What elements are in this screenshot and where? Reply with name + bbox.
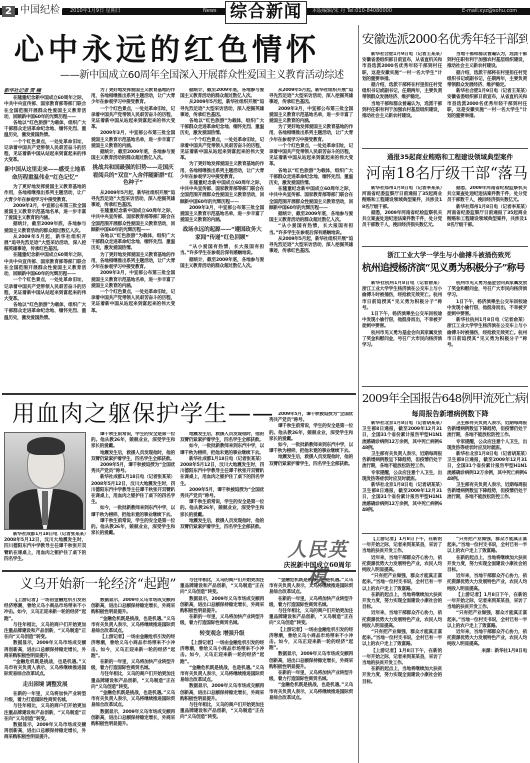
paragraph: 【上游记者】1月8日下午，在新的一年开始之际，记者来到某某县，采访了当地的扶贫开… [447,593,527,612]
paragraph: 一个个红色景点，一处处革命旧址，记录着中国共产党带领人民艰苦奋斗的历程，见证着新… [180,138,264,163]
paragraph: 据统计，截至2009年底，各地参与爱国主义教育活动的群众超过数亿人次。 [180,88,264,100]
paragraph: 各地以“红色旅游”为载体，组织广大干部群众走进革命纪念地、缅怀先烈、重温历史，激… [91,234,175,253]
lead-column-2: 为了更好地发挥爱国主义教育基地的作用，各地相继推出系列主题活动，让广大青少年在参… [91,88,175,390]
paragraph: 2009年5月，谭千秋被追授为“全国优秀共产党员”称号。 [180,488,264,500]
paragraph: 2009年5月，谭千秋被追授为“全国优秀共产党员”称号。 [269,412,353,424]
paragraph: 据悉，2009年河南省纪检监察机关共立案查处违纪违法案件数千件，处分党员干部数千… [362,211,442,230]
paragraph: 据悉，2009年河南省纪检监察机关共立案查处违纪违法案件数千件，处分党员干部数千… [447,186,527,205]
yiwu-subhead: 走出困境 调整发展 [4,682,86,689]
yiwu-subhead: 转变观念 增强升级 [180,631,264,638]
paragraph: “从小爱国有热情，长大报国有担当。”许多学生在参观后深有感触地说。 [269,224,353,236]
paragraph: 一个个红色景点，一处处革命旧址，记录着中国共产党带领人民艰苦奋斗的历程，见证着新… [269,144,353,169]
paragraph: 据统计，截至2009年底，各地参与爱国主义教育活动的群众超过数亿人次。 [91,150,175,162]
paragraph: 据介绍，选派干部将在村里担任村党组织书记或副书记，任期两年，主要负责带领群众发展… [447,71,527,90]
paragraph: 新华社成都1月18日电（记者张某某）2008年5月12日，汶川大地震发生时，四川… [4,532,86,563]
divider [2,393,356,395]
paragraph: 如今，一批批新教师来到东汽中学，以谭千秋为榜样，把他未竟的事业继续下去。 [91,506,175,518]
paragraph: 数据显示，2009年义乌市场成交额再创新高，进出口总额保持稳定增长，外商采购积极… [180,597,264,616]
paragraph: 卫生部有关负责人表示，近期每周报告新增病例数呈下降趋势，但疫情仍处于流行期，各地… [362,452,442,471]
paragraph: “从小爱国有热情，长大报国有担当。”许多学生在参观后深有感触地说。 [180,245,264,257]
paragraph: 为了更好地发挥爱国主义教育基地的作用，各地相继推出系列主题活动，让广大青少年在参… [91,88,175,107]
paragraph: 数据显示，2009年义乌市场成交额再创新高，进出口总额保持稳定增长，外商采购积极… [269,652,353,671]
paragraph: 从2009年5月起，新华社组织开展“追寻先烈足迹”大型采访活动，深入挖掘英雄事迹… [4,235,86,254]
anhui-headline: 安徽选派2000名优秀年轻干部到村任职 [362,31,528,48]
paragraph: 为了更好地发挥爱国主义教育基地的作用，各地相继推出系列主题活动，让广大青少年在参… [180,162,264,181]
paragraph: 一个个红色景点，一处处革命旧址，记录着中国共产党带领人民艰苦奋斗的历程，见证着新… [91,290,175,315]
paragraph: 如今，一批批新教师来到东汽中学，以谭千秋为榜样，把他未竟的事业继续下去。 [180,444,264,456]
paragraph: 地震发生后，救援人员发现他时，他的双臂仍紧紧护着学生，四名学生全部获救。 [91,451,175,463]
paragraph: 与往年相比，义乌的商户们开始更加注重品牌建设和产品创新，“义乌制造”正在向“义乌… [180,578,264,597]
paragraph: 杭州市见义勇为基金会向其家属发放了奖金和慰问金，号召广大市民向杨济滨学习。 [362,331,442,350]
paragraph: 地震发生后，救援人员发现他时，他的双臂仍紧紧护着学生，四名学生全部获救。 [180,519,264,531]
paragraph: 来源：新华社1月8日电 [447,649,527,655]
section-title: 综合新闻 [225,1,307,24]
lead-subhead: 挑战共和国最强的旧势——走国庆看阅兵的“双宣”入舍伴随新群“红色种子” [91,165,175,187]
anhui-column-2: 当地干部和群众普遍认为，选派干部到村任职有利于加强农村基层组织建设，推动社会主义… [447,52,527,142]
paragraph: “金融危机既是挑战，也是机遇。”义乌市有关负责人表示，义乌将继续推进国际贸易综合… [269,578,353,597]
paragraph: 近年来，当地干部群众齐心协力，依托资源优势大力发展特色产业，农民人均纯收入明显提… [447,574,527,593]
paragraph: 一个个红色景点，一处处革命旧址，记录着中国共产党带领人民艰苦奋斗的历程，见证着新… [91,107,175,132]
paragraph: 据统计，截至2009年底，各地参与爱国主义教育活动的群众超过数亿人次。 [4,222,86,234]
paragraph: 新华社合肥1月9日电（记者王某某）安徽省委组织部日前宣布，从省直机关和市县选派2… [447,89,527,120]
h1n1-column-1: 新华社北京1月8日电（记者胡某某）卫生部8日通报，截至2009年12月31日，全… [362,421,442,529]
paragraph: 在新的一年里，义乌将加快产业转型升级，着力打造国际性商贸名城。 [4,692,86,704]
paragraph: 2009年3月，中宣部公布第三批全国爱国主义教育示范基地名单，进一步丰富了爱国主… [4,204,86,223]
column-divider [358,25,359,763]
paragraph: “金融危机既是挑战，也是机遇。”义乌市有关负责人表示，义乌将继续推进国际贸易综合… [4,660,86,679]
paragraph: “金融危机既是挑战，也是机遇。”义乌市有关负责人表示，义乌将继续推进国际贸易综合… [180,666,264,685]
paragraph: 数据显示，2009年义乌市场成交额再创新高，进出口总额保持稳定增长，外商采购积极… [91,598,175,617]
paragraph: 2009年3月，中宣部公布第三批全国爱国主义教育示范基地名单，进一步丰富了爱国主… [269,107,353,126]
paragraph: 专家提醒，公众应注意个人卫生，出现发热等症状时应及时就医。 [362,471,442,483]
paragraph: 杭州市见义勇为基金会向其家属发放了奖金和慰问金，号召广大市民向杨济滨学习。 [447,281,527,300]
hangzhou-kicker: 浙江工业大学一学生与小偷搏斗被捅伤致死 [372,251,526,260]
paragraph: 新华社合肥1月9日电（记者王某某）安徽省委组织部日前宣布，从省直机关和市县选派2… [362,52,442,83]
paragraph: 新华社郑州1月8日电（记者李某某）河南省纪委监察厅日前通报了35起商业贿赂和工程… [447,205,527,230]
yiwu-column-2: 数据显示，2009年义乌市场成交额再创新高，进出口总额保持稳定增长，外商采购积极… [91,598,175,763]
masthead: 2 中国纪检 //// 2010年1月9日 星期日 News 综合新闻 本版编辑… [0,0,530,22]
paragraph: “金融危机既是挑战，也是机遇。”义乌市有关负责人表示，义乌将继续推进国际贸易综合… [91,691,175,710]
news-tag: News [203,8,217,15]
paragraph: 在隆重纪念新中国成立60周年之际，中共中央宣传部、国家教育部等部门联合在全国范围… [4,253,86,278]
paragraph: 在新的起点上，当地将继续加大扶贫开发力度，努力实现全面建设小康社会的目标。 [362,593,442,612]
paragraph: 各地以“红色旅游”为载体，组织广大干部群众走进革命纪念地、缅怀先烈、重温历史，激… [4,121,86,140]
portrait-photo [4,432,86,530]
paragraph: 在隆重纪念新中国成立60周年之际，中共中央宣传部、国家教育部等部门联合在全国范围… [91,209,175,234]
paragraph: 数据显示，2009年义乌市场成交额再创新高，进出口总额保持稳定增长，外商采购积极… [4,723,86,742]
paragraph: “金融危机既是挑战，也是机遇。”义乌市有关负责人表示，义乌将继续推进国际贸易综合… [91,617,175,636]
paragraph: 1日下午，杨济滨乘坐公交车回校途中发现小偷行窃，他挺身而出，不幸被歹徒刺中要害。 [447,300,527,319]
yiwu-column-3: 与往年相比，义乌的商户们开始更加注重品牌建设和产品创新，“义乌制造”正在向“义乌… [180,578,264,763]
heroes-logo: 人民英模 [280,535,355,563]
paragraph: 新华社杭州1月8日电（记者俞某）浙江工业大学学生杨济滨在公交车上与小偷搏斗时被捅… [447,318,527,349]
bottom-right-column-1: 【上游记者】1月8日下午，在新的一年开始之际，记者来到某某县，采访了当地的扶贫开… [362,537,442,763]
paragraph: 近年来，当地干部群众齐心协力，依托资源优势大力发展特色产业，农民人均纯收入明显提… [447,630,527,649]
paragraph: 谭千秋生前常说，学生的安全是第一位的。他从教26年，兢兢业业，深受学生和家长的爱… [269,424,353,443]
paragraph: 从2009年5月起，新华社组织开展“追寻先烈足迹”大型采访活动，深入挖掘英雄事迹… [91,191,175,210]
paragraph: 在隆重纪念新中国成立60周年之际，中共中央宣传部、国家教育部等部门联合在全国范围… [269,187,353,212]
paragraph: 2009年3月，中宣部公布第三批全国爱国主义教育示范基地名单，进一步丰富了爱国主… [91,271,175,290]
paragraph: 【上游记者】一场由金融危机引发的经济寒潮，曾给义乌小商品市场带来不小冲击。如今，… [269,628,353,653]
divider [362,246,528,247]
paragraph: 2009年3月，中宣部公布第三批全国爱国主义教育示范基地名单，进一步丰富了爱国主… [180,206,264,225]
tan-column-4: 2009年5月，谭千秋被追授为“全国优秀共产党员”称号。 谭千秋生前常说，学生的… [269,412,353,524]
paragraph: 2009年3月，中宣部公布第三批全国爱国主义教育示范基地名单，进一步丰富了爱国主… [91,131,175,150]
paragraph: 新华社北京1月8日电（记者胡某某）卫生部8日通报，截至2009年12月31日，全… [362,421,442,452]
paragraph: 近年来，当地干部群众齐心协力，依托资源优势大力发展特色产业，农民人均纯收入明显提… [362,556,442,575]
lead-subhead: 战场永远的起源——“遵国政务大家闻”传递“红色回顾” [180,227,264,242]
contact-email: E-mail:xyz@sohu.com [462,8,517,15]
paragraph: 为了更好地发挥爱国主义教育基地的作用，各地相继推出系列主题活动，让广大青少年在参… [4,185,86,204]
paragraph: “只有把产业做强，群众才能真正富起来。”当地一位村支书说，全村已有一半以上的农户… [362,630,442,649]
page-number: 2 [2,6,15,17]
henan-column-1: 新华社郑州1月8日电（记者李某某）河南省纪委监察厅日前通报了35起商业贿赂和工程… [362,186,442,230]
henan-headline: 河南18名厅级干部“落马” [366,163,528,183]
paragraph: 如今，一批批新教师来到东汽中学，以谭千秋为榜样，把他未竟的事业继续下去。 [269,443,353,455]
hangzhou-column-2: 杭州市见义勇为基金会向其家属发放了奖金和慰问金，号召广大市民向杨济滨学习。 1日… [447,281,527,381]
paragraph: 地震发生后，救援人员发现他时，他的双臂仍紧紧护着学生，四名学生全部获救。 [269,455,353,467]
paragraph: 在新的起点上，当地将继续加大扶贫开发力度，努力实现全面建设小康社会的目标。 [362,667,442,686]
paragraph: 当地干部和群众普遍认为，选派干部到村任职有利于加强农村基层组织建设，推动社会主义… [362,102,442,121]
paragraph: 与往年相比，义乌的商户们开始更加注重品牌建设和产品创新，“义乌制造”正在向“义乌… [4,623,86,642]
paragraph: 新华社杭州1月8日电（记者俞某）浙江工业大学学生杨济滨在公交车上与小偷搏斗时被捅… [362,281,442,312]
paragraph: 各地以“红色旅游”为载体，组织广大干部群众走进革命纪念地、缅怀先烈、重温历史，激… [4,303,86,322]
paragraph: 据介绍，选派干部将在村里担任村党组织书记或副书记，任期两年，主要负责带领群众发展… [362,83,442,102]
paragraph: 新华社北京1月8日电（记者胡某某）卫生部8日通报，截至2009年12月31日，全… [447,452,527,483]
paragraph: 谭千秋生前常说，学生的安全是第一位的。他从教26年，兢兢业业，深受学生和家长的爱… [180,500,264,519]
paragraph: 【上游记者】一场由金融危机引发的经济寒潮，曾给义乌小商品市场带来不小冲击。如今，… [4,598,86,623]
photo-tie [42,491,48,525]
paragraph: 据统计，截至2009年底，各地参与爱国主义教育活动的群众超过数亿人次。 [269,212,353,224]
paragraph: 谭千秋生前常说，学生的安全是第一位的。他从教26年，兢兢业业，深受学生和家长的爱… [91,519,175,538]
paragraph: 与往年相比，义乌的商户们开始更加注重品牌建设和产品创新，“义乌制造”正在向“义乌… [269,609,353,628]
paragraph: 从2009年5月起，新华社组织开展“追寻先烈足迹”大型采访活动，深入挖掘英雄事迹… [180,100,264,119]
hangzhou-column-1: 新华社杭州1月8日电（记者俞某）浙江工业大学学生杨济滨在公交车上与小偷搏斗时被捅… [362,281,442,381]
editor-info: 本版编辑/朱 丹 Tel:010-84080000 [312,8,392,15]
paragraph: 与往年相比，义乌的商户们开始更加注重品牌建设和产品创新，“义乌制造”正在向“义乌… [4,704,86,723]
lead-column-1: 新华社记者 贾 楠 在隆重纪念新中国成立60周年之际，中共中央宣传部、国家教育部… [4,88,86,390]
paragraph: 在新的一年里，义乌将加快产业转型升级，着力打造国际性商贸名城。 [91,660,175,672]
h1n1-column-2: 卫生部有关负责人表示，近期每周报告新增病例数呈下降趋势，但疫情仍处于流行期，各地… [447,421,527,529]
tan-column-3: 地震发生后，救援人员发现他时，他的双臂仍紧紧护着学生，四名学生全部获救。 如今，… [180,432,264,564]
paragraph: 为了更好地发挥爱国主义教育基地的作用，各地相继推出系列主题活动，让广大青少年在参… [91,253,175,272]
paragraph: 当地干部和群众普遍认为，选派干部到村任职有利于加强农村基层组织建设，推动社会主义… [447,52,527,71]
paragraph: 新华社北京1月8日电（记者胡某某）卫生部8日通报，截至2009年12月31日，全… [362,483,442,514]
divider [362,386,528,387]
paragraph: 新华社成都1月18日电（记者张某某）2008年5月12日，汶川大地震发生时，四川… [91,475,175,506]
paragraph: 数据显示，2009年义乌市场成交额再创新高，进出口总额保持稳定增长，外商采购积极… [91,710,175,729]
paragraph: 据统计，截至2009年底，各地参与爱国主义教育活动的群众超过数亿人次。 [180,258,264,270]
paragraph: 在隆重纪念新中国成立60周年之际，中共中央宣传部、国家教育部等部门联合在全国范围… [180,181,264,206]
paragraph: 从2009年5月起，新华社组织开展“追寻先烈足迹”大型采访活动，深入挖掘英雄事迹… [269,88,353,107]
paragraph: 卫生部有关负责人表示，近期每周报告新增病例数呈下降趋势，但疫情仍处于流行期，各地… [447,421,527,440]
paragraph: 为了更好地发挥爱国主义教育基地的作用，各地相继推出系列主题活动，让广大青少年在参… [269,125,353,144]
paragraph: “只有把产业做强，群众才能真正富起来。”当地一位村支书说，全村已有一半以上的农户… [447,611,527,630]
paragraph: 卫生部有关负责人表示，近期每周报告新增病例数呈下降趋势，但疫情仍处于流行期，各地… [447,483,527,502]
paragraph: 在新的一年里，义乌将加快产业转型升级，着力打造国际性商贸名城。 [180,615,264,627]
lead-column-4: 从2009年5月起，新华社组织开展“追寻先烈足迹”大型采访活动，深入挖掘英雄事迹… [269,88,353,390]
anhui-column-1: 新华社合肥1月9日电（记者王某某）安徽省委组织部日前宣布，从省直机关和市县选派2… [362,52,442,142]
lead-column-3: 据统计，截至2009年底，各地参与爱国主义教育活动的群众超过数亿人次。 从200… [180,88,264,390]
paragraph: “金融危机既是挑战，也是机遇。”义乌市有关负责人表示，义乌将继续推进国际贸易综合… [269,683,353,702]
paragraph: 与往年相比，义乌的商户们开始更加注重品牌建设和产品创新，“义乌制造”正在向“义乌… [91,672,175,691]
paragraph: 一个个红色景点，一处处革命旧址，记录着中国共产党带领人民艰苦奋斗的历程，见证着新… [4,140,86,165]
lead-byline: 新华社记者 贾 楠 [4,88,86,94]
paragraph: “只有把产业做强，群众才能真正富起来。”当地一位村支书说，全村已有一半以上的农户… [447,537,527,556]
lead-headline: 心中永远的红色情怀 [14,33,354,69]
bottom-right-column-2: “只有把产业做强，群众才能真正富起来。”当地一位村支书说，全村已有一半以上的农户… [447,537,527,763]
yiwu-column-4: “金融危机既是挑战，也是机遇。”义乌市有关负责人表示，义乌将继续推进国际贸易综合… [269,578,353,763]
divider [362,148,528,149]
paragraph: 【上游记者】1月8日下午，在新的一年开始之际，记者来到某某县，采访了当地的扶贫开… [362,537,442,556]
paragraph: 各地以“红色旅游”为载体，组织广大干部群众走进革命纪念地、缅怀先烈、重温历史，激… [269,169,353,188]
paragraph: 新华社郑州1月8日电（记者李某某）河南省纪委监察厅日前通报了35起商业贿赂和工程… [362,186,442,211]
paragraph: 【上游记者】一场由金融危机引发的经济寒潮，曾给义乌小商品市场带来不小冲击。如今，… [180,641,264,666]
paragraph: 各地以“红色旅游”为载体，组织广大干部群众走进革命纪念地、缅怀先烈、重温历史，激… [180,119,264,138]
yiwu-column-1: 【上游记者】一场由金融危机引发的经济寒潮，曾给义乌小商品市场带来不小冲击。如今，… [4,598,86,763]
paragraph: 2009年5月，谭千秋被追授为“全国优秀共产党员”称号。 [91,463,175,475]
paragraph: 谭千秋生前常说，学生的安全是第一位的。他从教26年，兢兢业业，深受学生和家长的爱… [91,432,175,451]
masthead-slashes: //// [56,8,61,15]
tan-column-2: 谭千秋生前常说，学生的安全是第一位的。他从教26年，兢兢业业，深受学生和家长的爱… [91,432,175,564]
issue-date: 2010年1月9日 星期日 [70,8,121,15]
divider [2,570,356,572]
paragraph: 专家提醒，公众应注意个人卫生，出现发热等症状时应及时就医。 [447,440,527,452]
paragraph: 在新的起点上，当地将继续加大扶贫开发力度，努力实现全面建设小康社会的目标。 [447,556,527,575]
paragraph: 数据显示，2009年义乌市场成交额再创新高，进出口总额保持稳定增长，外商采购积极… [4,641,86,660]
paragraph: 1日下午，杨济滨乘坐公交车回校途中发现小偷行窃，他挺身而出，不幸被歹徒刺中要害。 [362,312,442,331]
tan-column-1: 新华社成都1月18日电（记者张某某）2008年5月12日，汶川大地震发生时，四川… [4,532,86,564]
paragraph: 在新的一年里，义乌将加快产业转型升级，着力打造国际性商贸名城。 [269,597,353,609]
paragraph: 从2009年5月起，新华社组织开展“追寻先烈足迹”大型采访活动，深入挖掘英雄事迹… [269,237,353,256]
paragraph: 在隆重纪念新中国成立60周年之际，中共中央宣传部、国家教育部等部门联合在全国范围… [4,96,86,121]
lead-subheadline: ——新中国成立60周年全国深入开展群众性爱国主义教育活动综述 [60,69,360,82]
hangzhou-headline: 杭州追授杨济滨“见义勇为积极分子”称号 [362,261,528,276]
paragraph: 在新的一年里，义乌将加快产业转型升级，着力打造国际性商贸名城。 [269,671,353,683]
paragraph: 近年来，当地干部群众齐心协力，依托资源优势大力发展特色产业，农民人均纯收入明显提… [362,611,442,630]
paragraph: 地震发生后，救援人员发现他时，他的双臂仍紧紧护着学生，四名学生全部获救。 [180,432,264,444]
paragraph: 与往年相比，义乌的商户们开始更加注重品牌建设和产品创新，“义乌制造”正在向“义乌… [180,703,264,722]
photo-hair [27,437,65,455]
paragraph: 【上游记者】1月8日下午，在新的一年开始之际，记者来到某某县，采访了当地的扶贫开… [362,649,442,668]
henan-kicker: 通报35起商业贿赂和工程建设领域典型案件 [375,153,525,162]
lead-subhead: 新中国从这里走来——感受土地革命历程重温伟业“红色记忆” [4,167,86,182]
paragraph: “只有把产业做强，群众才能真正富起来。”当地一位村支书说，全村已有一半以上的农户… [362,574,442,593]
divider [362,533,528,534]
paragraph: 一个个红色景点，一处处革命旧址，记录着中国共产党带领人民艰苦奋斗的历程，见证着新… [4,278,86,303]
yiwu-headline: 义乌开始新一轮经济“起跑” [20,576,180,593]
paragraph: 【上游记者】一场由金融危机引发的经济寒潮，曾给义乌小商品市场带来不小冲击。如今，… [91,635,175,660]
heroes-logo-subtitle: 庆祝新中国成立60周年 [275,560,360,569]
paragraph: 数据显示，2009年义乌市场成交额再创新高，进出口总额保持稳定增长，外商采购积极… [180,684,264,703]
tan-headline: 用血肉之躯保护学生——谭千秋 [12,399,272,429]
h1n1-kicker: 每周报告新增病例数下降 [395,409,505,419]
h1n1-headline: 2009年全国报告648例甲流死亡病例 [362,390,528,407]
paragraph: 新华社成都1月18日电（记者张某某）2008年5月12日，汶川大地震发生时，四川… [180,457,264,488]
henan-column-2: 据悉，2009年河南省纪检监察机关共立案查处违纪违法案件数千件，处分党员干部数千… [447,186,527,230]
